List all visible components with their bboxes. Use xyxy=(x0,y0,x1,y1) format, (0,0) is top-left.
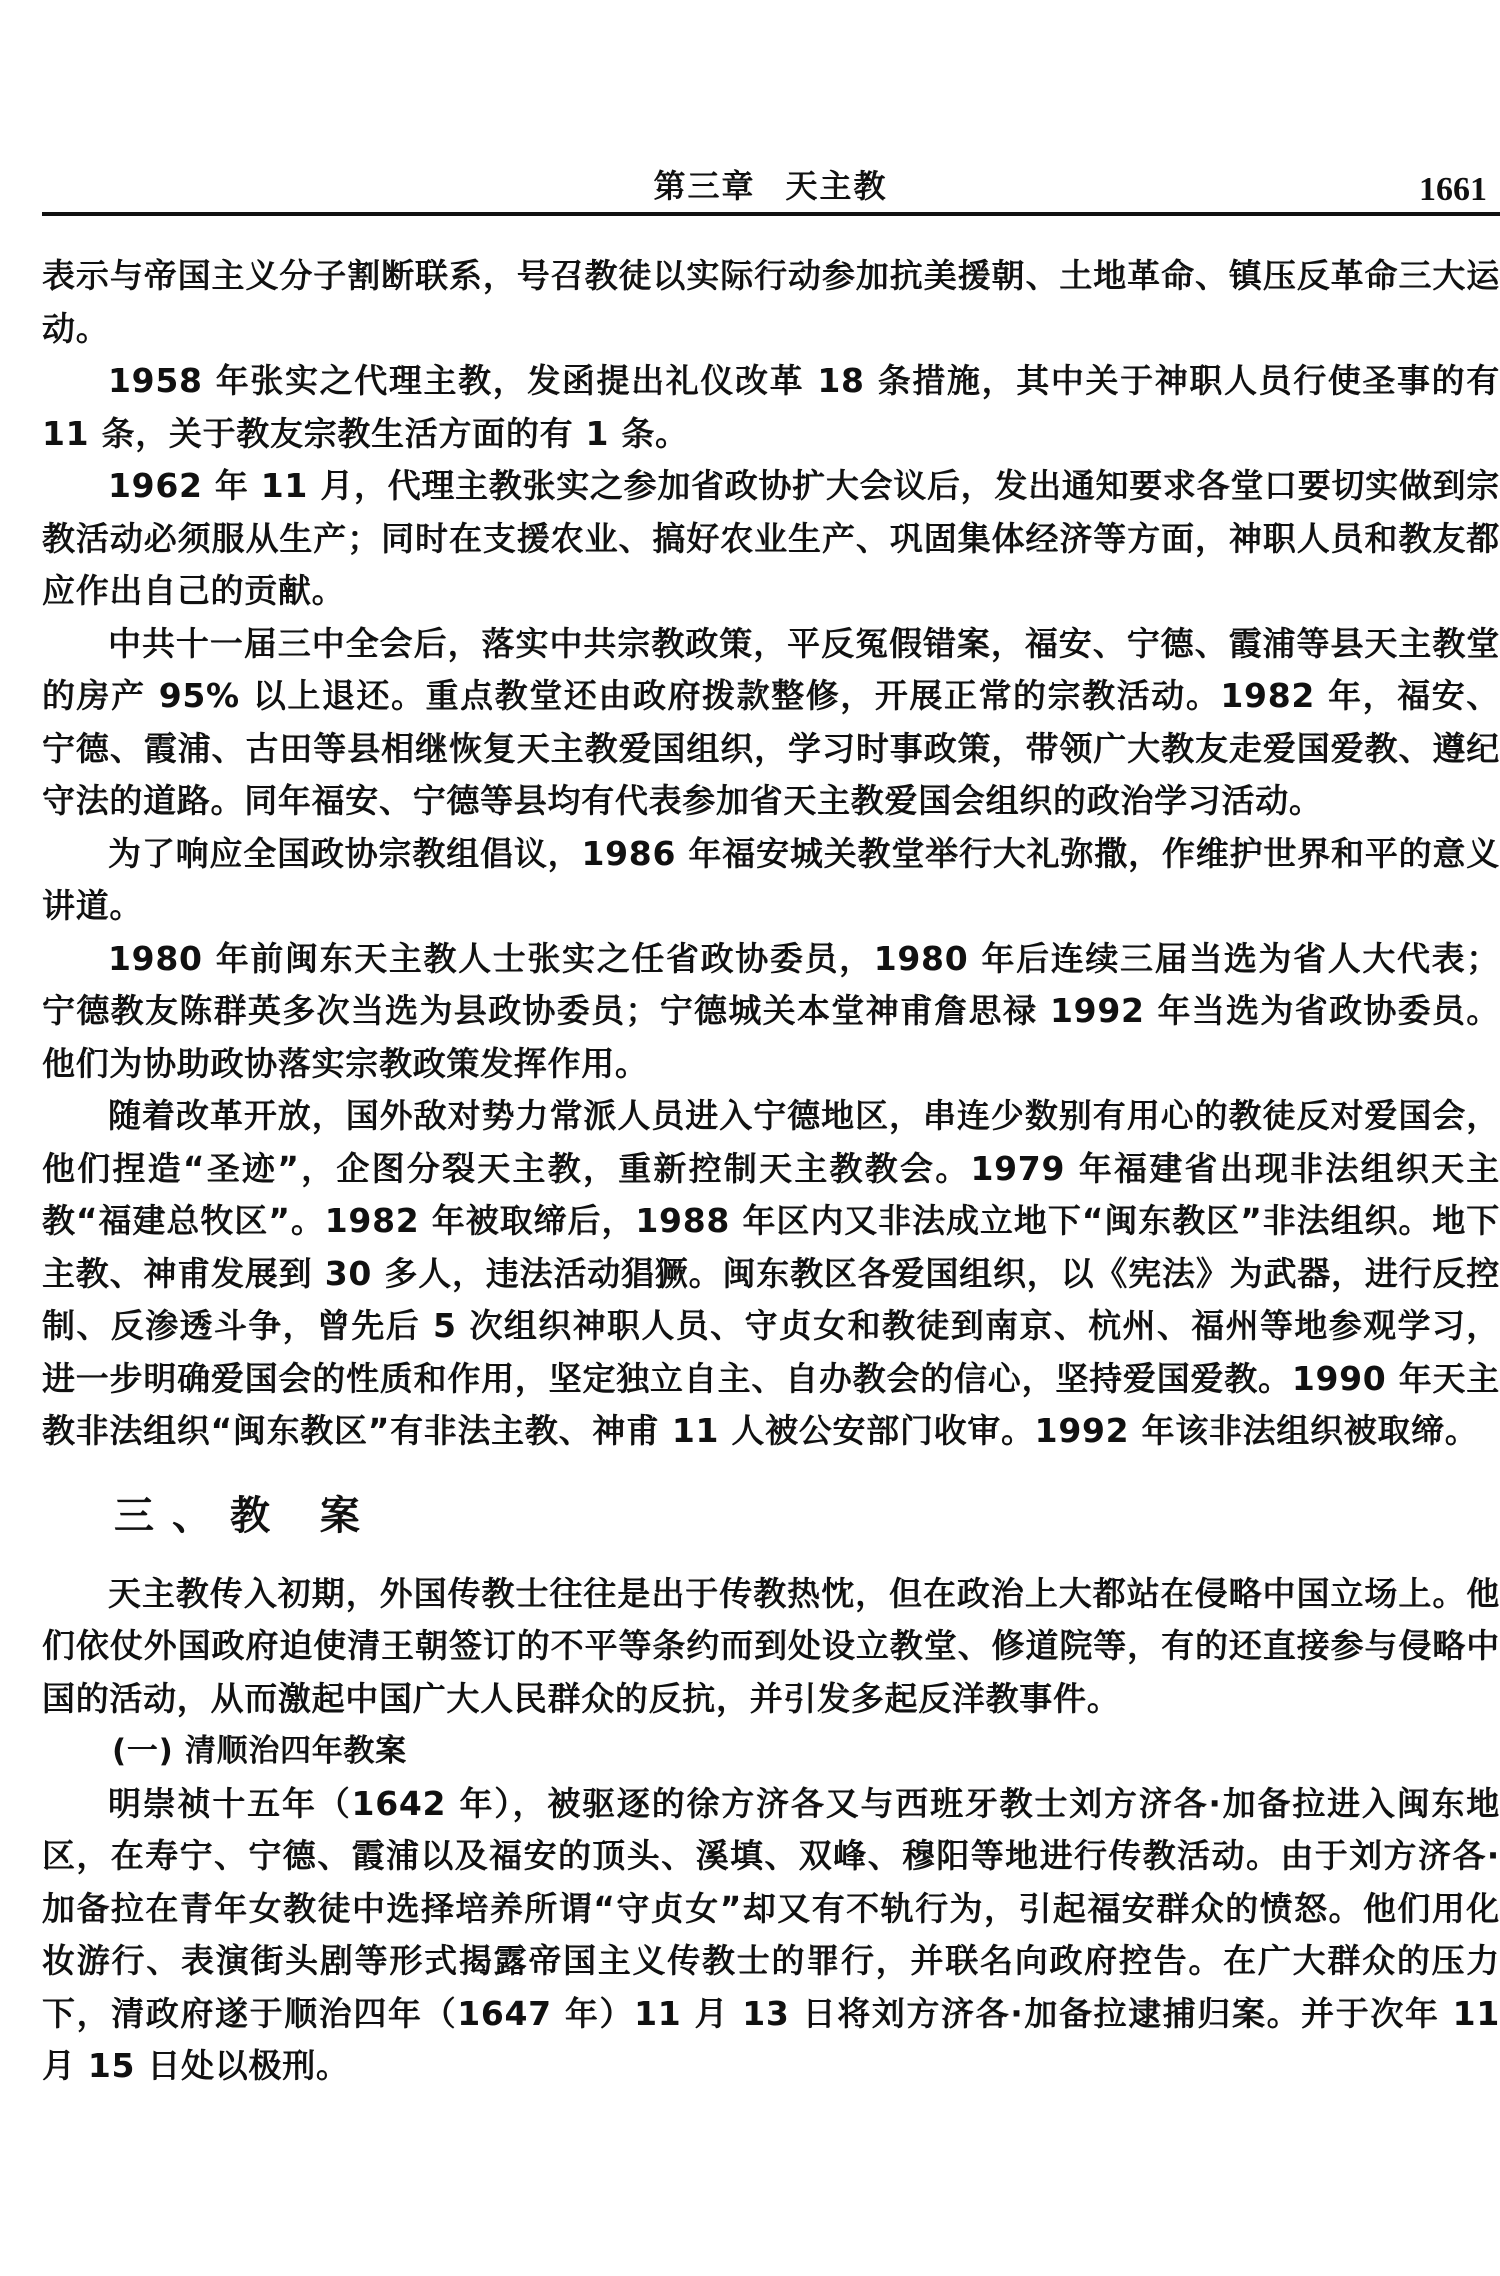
section-heading: 三、教 案 xyxy=(114,1486,1500,1546)
paragraph: 1980 年前闽东天主教人士张实之任省政协委员，1980 年后连续三届当选为省人… xyxy=(42,933,1500,1091)
paragraph: 1962 年 11 月，代理主教张实之参加省政协扩大会议后，发出通知要求各堂口要… xyxy=(42,460,1500,618)
chapter-title: 天主教 xyxy=(786,167,888,205)
paragraph: 中共十一届三中全会后，落实中共宗教政策，平反冤假错案，福安、宁德、霞浦等县天主教… xyxy=(42,618,1500,828)
section-intro: 天主教传入初期，外国传教士往往是出于传教热忱，但在政治上大都站在侵略中国立场上。… xyxy=(42,1568,1500,1726)
chapter-heading: 第三章天主教 xyxy=(42,160,1499,212)
running-header: 第三章天主教 1661 xyxy=(42,160,1499,212)
paragraph: 1958 年张实之代理主教，发函提出礼仪改革 18 条措施，其中关于神职人员行使… xyxy=(42,355,1500,460)
page-body: 表示与帝国主义分子割断联系，号召教徒以实际行动参加抗美援朝、土地革命、镇压反革命… xyxy=(42,250,1500,2093)
page-number: 1661 xyxy=(1419,164,1487,216)
paragraph: 表示与帝国主义分子割断联系，号召教徒以实际行动参加抗美援朝、土地革命、镇压反革命… xyxy=(42,250,1500,355)
subsection-heading: (一) 清顺治四年教案 xyxy=(42,1725,1500,1778)
chapter-number: 第三章 xyxy=(653,167,755,205)
header-rule xyxy=(42,212,1500,216)
paragraph: 为了响应全国政协宗教组倡议，1986 年福安城关教堂举行大礼弥撒，作维护世界和平… xyxy=(42,828,1500,933)
paragraph: 随着改革开放，国外敌对势力常派人员进入宁德地区，串连少数别有用心的教徒反对爱国会… xyxy=(42,1090,1500,1458)
paragraph: 明崇祯十五年（1642 年），被驱逐的徐方济各又与西班牙教士刘方济各·加备拉进入… xyxy=(42,1778,1500,2093)
